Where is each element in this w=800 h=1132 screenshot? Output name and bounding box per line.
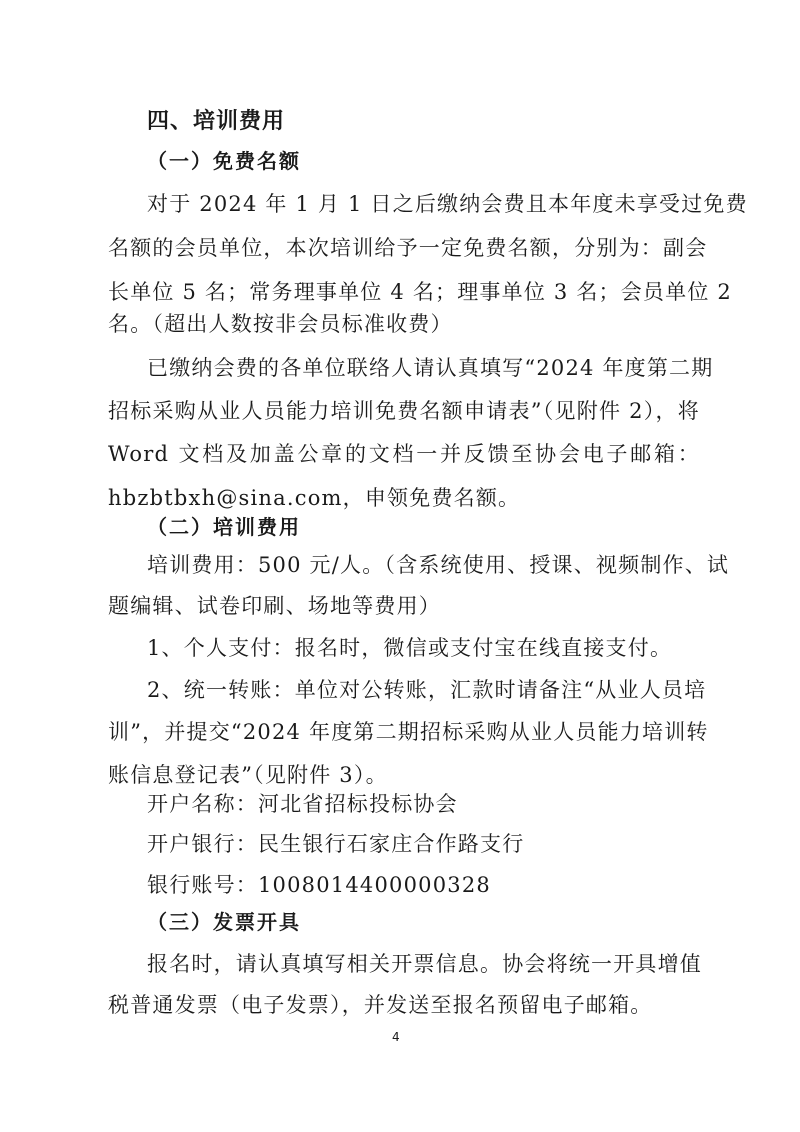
paragraph-line: 报名时，请认真填写相关开票信息。协会将统一开具增值 [147, 950, 699, 978]
paragraph-line: 名额的会员单位，本次培训给予一定免费名额，分别为：副会 [108, 234, 700, 262]
payment-option-transfer: 2、统一转账：单位对公转账，汇款时请备注“从业人员培 [147, 676, 699, 704]
paragraph-line: 培训费用：500 元/人。（含系统使用、授课、视频制作、试 [147, 551, 699, 579]
paragraph-line: 已缴纳会费的各单位联络人请认真填写“2024 年度第二期 [147, 354, 699, 382]
paragraph-line: 题编辑、试卷印刷、场地等费用） [108, 592, 441, 620]
account-bank: 开户银行：民生银行石家庄合作路支行 [147, 830, 524, 858]
email-line: hbzbtbxh@sina.com，申领免费名额。 [108, 484, 520, 512]
subsection-heading-free-quota: （一）免费名额 [147, 147, 301, 175]
paragraph-line: 账信息登记表”（见附件 3）。 [108, 761, 388, 789]
document-page: 四、培训费用 （一）免费名额 对于 2024 年 1 月 1 日之后缴纳会费且本… [0, 0, 800, 1132]
paragraph-line: 招标采购从业人员能力培训免费名额申请表”（见附件 2），将 [108, 397, 700, 425]
payment-option-personal: 1、个人支付：报名时，微信或支付宝在线直接支付。 [147, 634, 672, 662]
paragraph-line: 对于 2024 年 1 月 1 日之后缴纳会费且本年度未享受过免费 [147, 190, 699, 218]
account-number: 银行账号：1008014400000328 [147, 871, 491, 899]
subsection-heading-invoice: （三）发票开具 [147, 908, 301, 936]
account-name: 开户名称：河北省招标投标协会 [147, 790, 458, 818]
paragraph-line: 训”，并提交“2024 年度第二期招标采购从业人员能力培训转 [108, 718, 700, 746]
section-heading: 四、培训费用 [147, 108, 285, 136]
paragraph-line: Word 文档及加盖公章的文档一并反馈至协会电子邮箱： [108, 440, 700, 468]
paragraph-line: 名。（超出人数按非会员标准收费） [108, 310, 453, 338]
page-number: 4 [392, 1030, 400, 1044]
paragraph-line: 长单位 5 名；常务理事单位 4 名；理事单位 3 名；会员单位 2 [108, 278, 700, 306]
paragraph-line: 税普通发票（电子发票），并发送至报名预留电子邮箱。 [108, 991, 653, 1019]
subsection-heading-training-fee: （二）培训费用 [147, 513, 301, 541]
